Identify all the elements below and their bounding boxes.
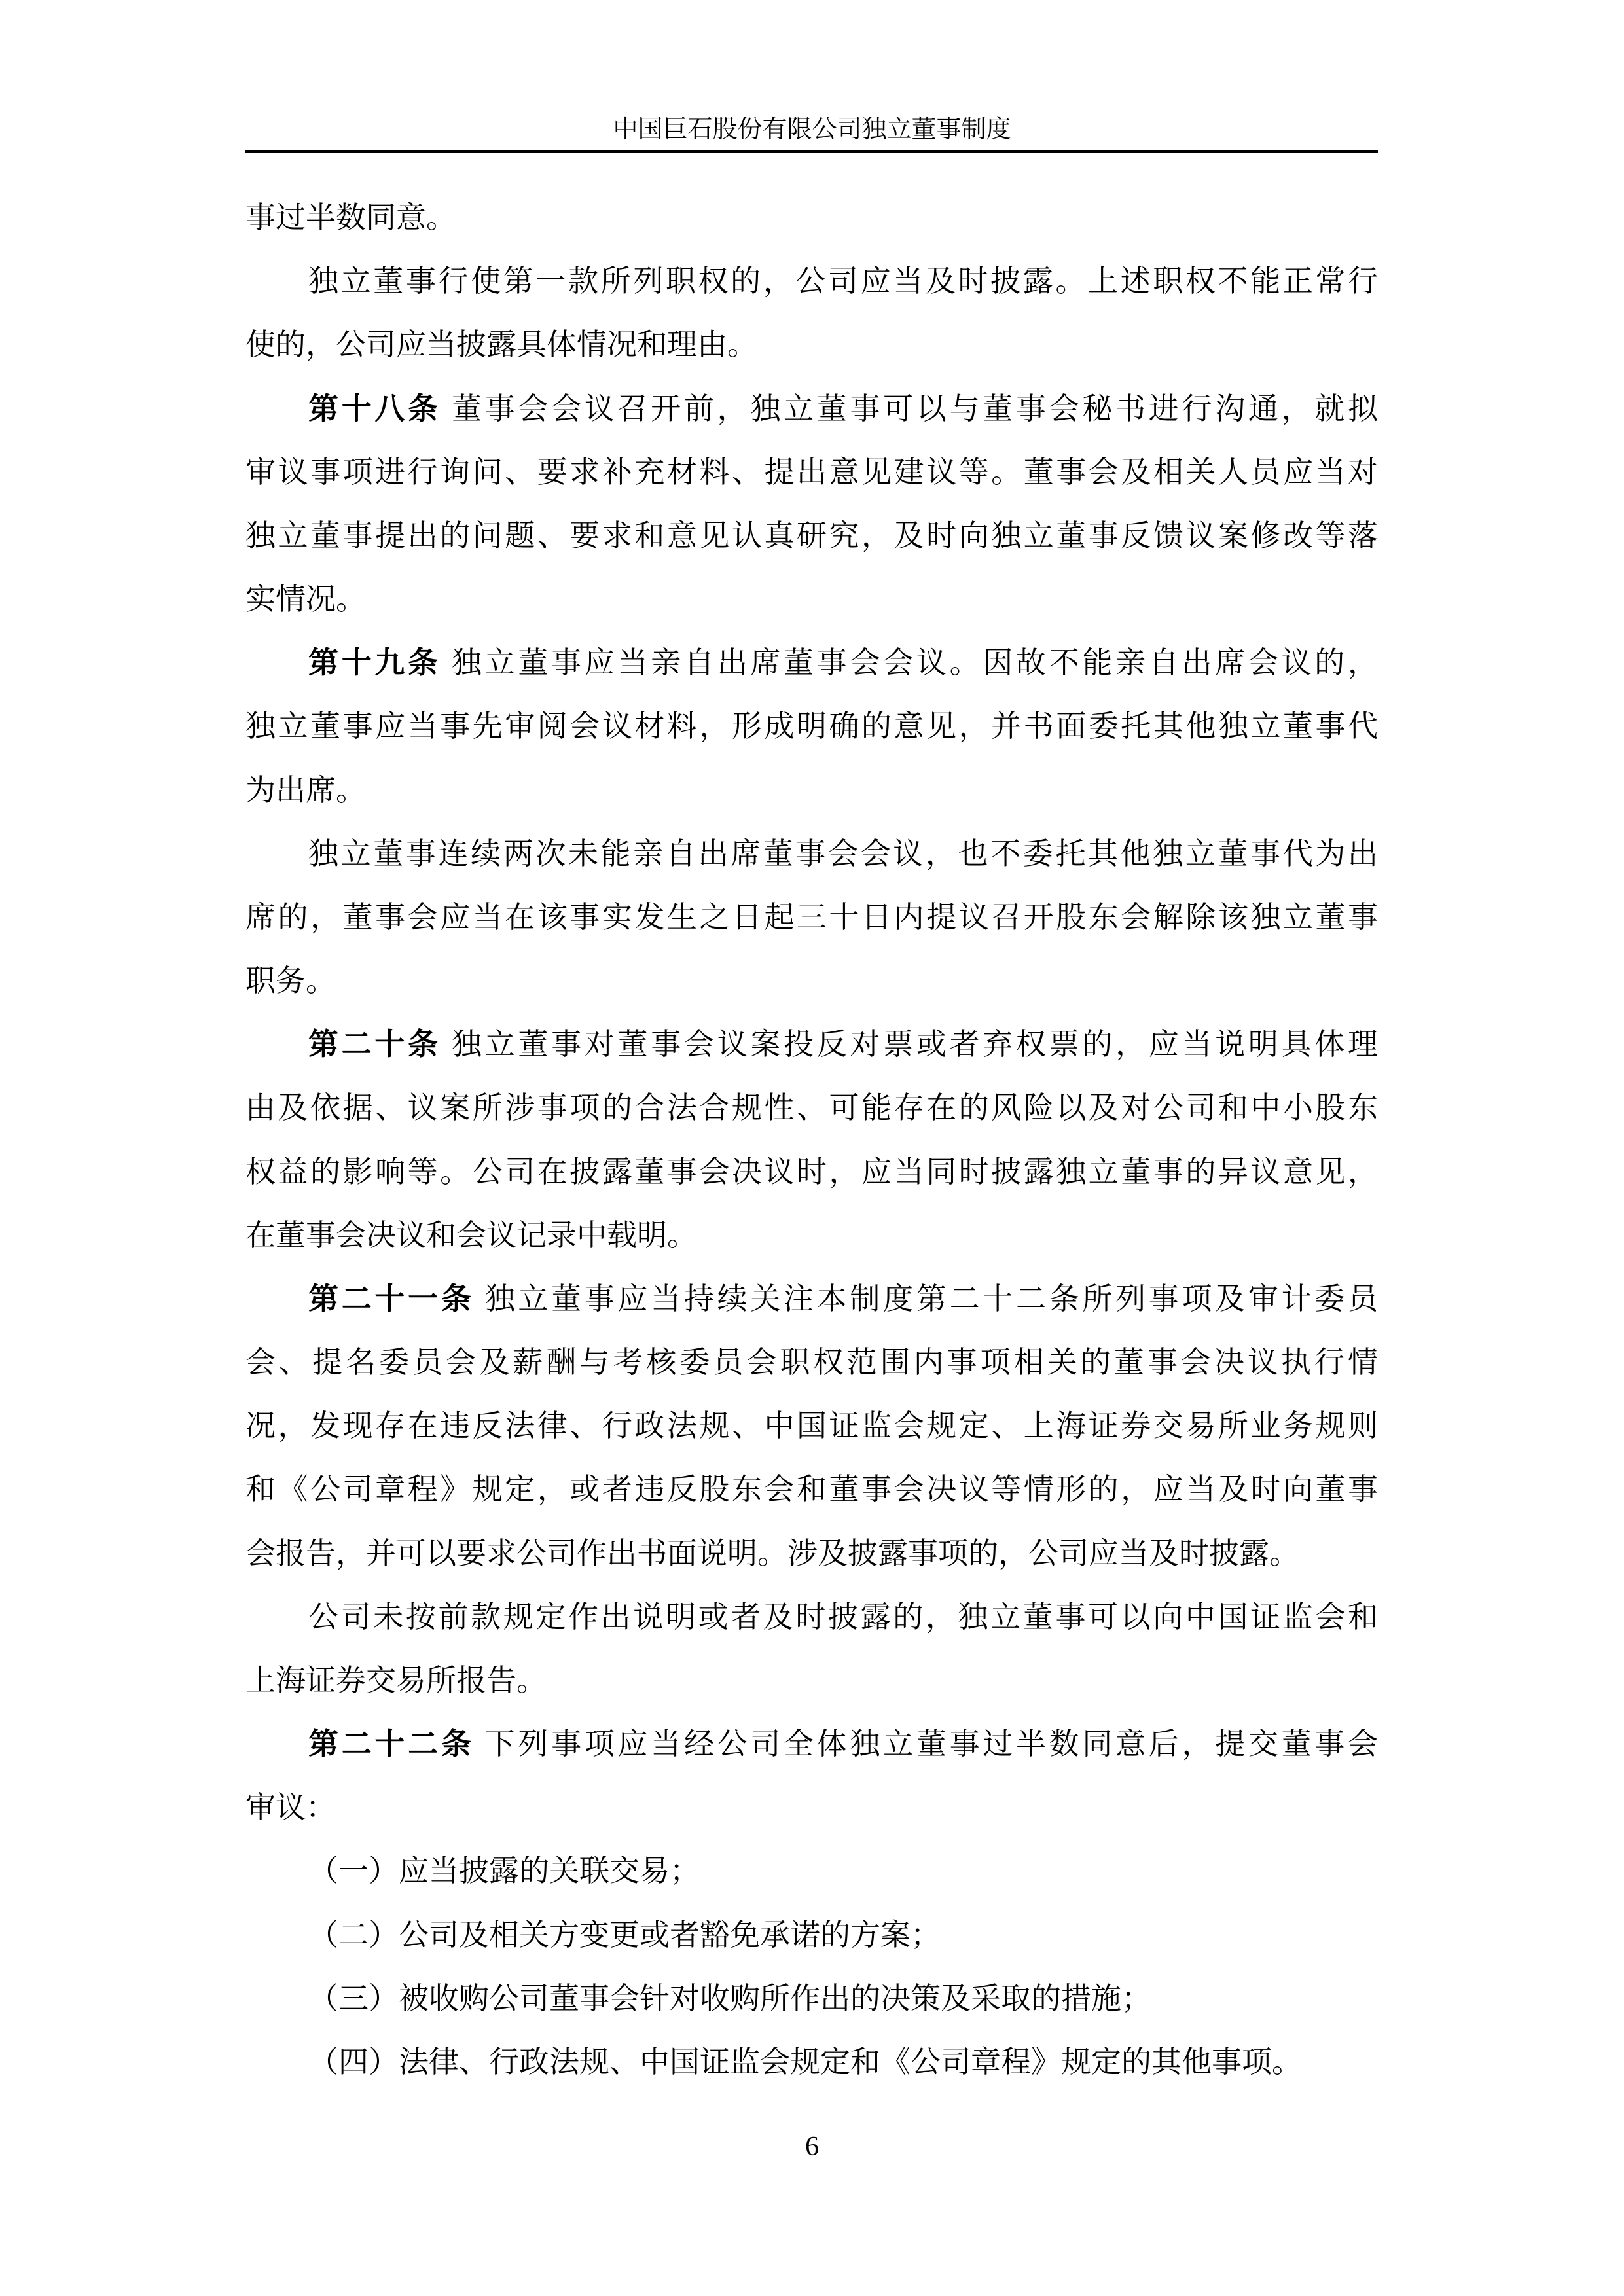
page-number: 6 (0, 2130, 1624, 2163)
text-line: 审议： (245, 1788, 1378, 1827)
text-line: 独立董事行使第一款所列职权的，公司应当及时披露。上述职权不能正常行 (245, 262, 1378, 301)
text-line: 权益的影响等。公司在披露董事会决议时，应当同时披露独立董事的异议意见， (245, 1153, 1378, 1192)
text-line: 实情况。 (245, 580, 1378, 619)
text-line: 和《公司章程》规定，或者违反股东会和董事会决议等情形的，应当及时向董事 (245, 1470, 1378, 1509)
text-line: 在董事会决议和会议记录中载明。 (245, 1216, 1378, 1255)
text-line: 审议事项进行询问、要求补充材料、提出意见建议等。董事会及相关人员应当对 (245, 453, 1378, 492)
text-line: （四）法律、行政法规、中国证监会规定和《公司章程》规定的其他事项。 (245, 2043, 1378, 2082)
text-line: 上海证券交易所报告。 (245, 1661, 1378, 1700)
text-line: 独立董事应当事先审阅会议材料，形成明确的意见，并书面委托其他独立董事代 (245, 707, 1378, 746)
text-line: 为出席。 (245, 771, 1378, 810)
text-line: 第二十二条 下列事项应当经公司全体独立董事过半数同意后，提交董事会 (245, 1725, 1378, 1764)
text-line: （三）被收购公司董事会针对收购所作出的决策及采取的措施； (245, 1979, 1378, 2018)
text-line: 使的，公司应当披露具体情况和理由。 (245, 325, 1378, 365)
page-header-title: 中国巨石股份有限公司独立董事制度 (0, 111, 1624, 148)
text-line: 事过半数同意。 (245, 198, 1378, 238)
text-line: 席的，董事会应当在该事实发生之日起三十日内提议召开股东会解除该独立董事 (245, 898, 1378, 937)
text-line: 第二十一条 独立董事应当持续关注本制度第二十二条所列事项及审计委员 (245, 1280, 1378, 1319)
article-number: 第十八条 (308, 392, 441, 425)
article-number: 第二十条 (308, 1028, 441, 1061)
text-line: 会报告，并可以要求公司作出书面说明。涉及披露事项的，公司应当及时披露。 (245, 1534, 1378, 1573)
article-number: 第二十二条 (308, 1727, 475, 1761)
article-number: 第二十一条 (308, 1282, 475, 1316)
text-line: 职务。 (245, 961, 1378, 1001)
text-line: 由及依据、议案所涉事项的合法合规性、可能存在的风险以及对公司和中小股东 (245, 1088, 1378, 1128)
article-number: 第十九条 (308, 646, 441, 679)
header-rule-divider (245, 150, 1378, 153)
text-line: 会、提名委员会及薪酬与考核委员会职权范围内事项相关的董事会决议执行情 (245, 1343, 1378, 1382)
text-line: 况，发现存在违反法律、行政法规、中国证监会规定、上海证券交易所业务规则 (245, 1407, 1378, 1446)
text-line: 第二十条 独立董事对董事会议案投反对票或者弃权票的，应当说明具体理 (245, 1025, 1378, 1064)
text-line: 公司未按前款规定作出说明或者及时披露的，独立董事可以向中国证监会和 (245, 1598, 1378, 1637)
text-line: 第十八条 董事会会议召开前，独立董事可以与董事会秘书进行沟通，就拟 (245, 389, 1378, 429)
text-line: 独立董事连续两次未能亲自出席董事会会议，也不委托其他独立董事代为出 (245, 834, 1378, 874)
text-line: （一）应当披露的关联交易； (245, 1852, 1378, 1891)
document-page: 中国巨石股份有限公司独立董事制度 事过半数同意。独立董事行使第一款所列职权的，公… (0, 0, 1624, 2296)
text-line: 独立董事提出的问题、要求和意见认真研究，及时向独立董事反馈议案修改等落 (245, 516, 1378, 556)
text-line: （二）公司及相关方变更或者豁免承诺的方案； (245, 1916, 1378, 1955)
text-line: 第十九条 独立董事应当亲自出席董事会会议。因故不能亲自出席会议的， (245, 643, 1378, 683)
